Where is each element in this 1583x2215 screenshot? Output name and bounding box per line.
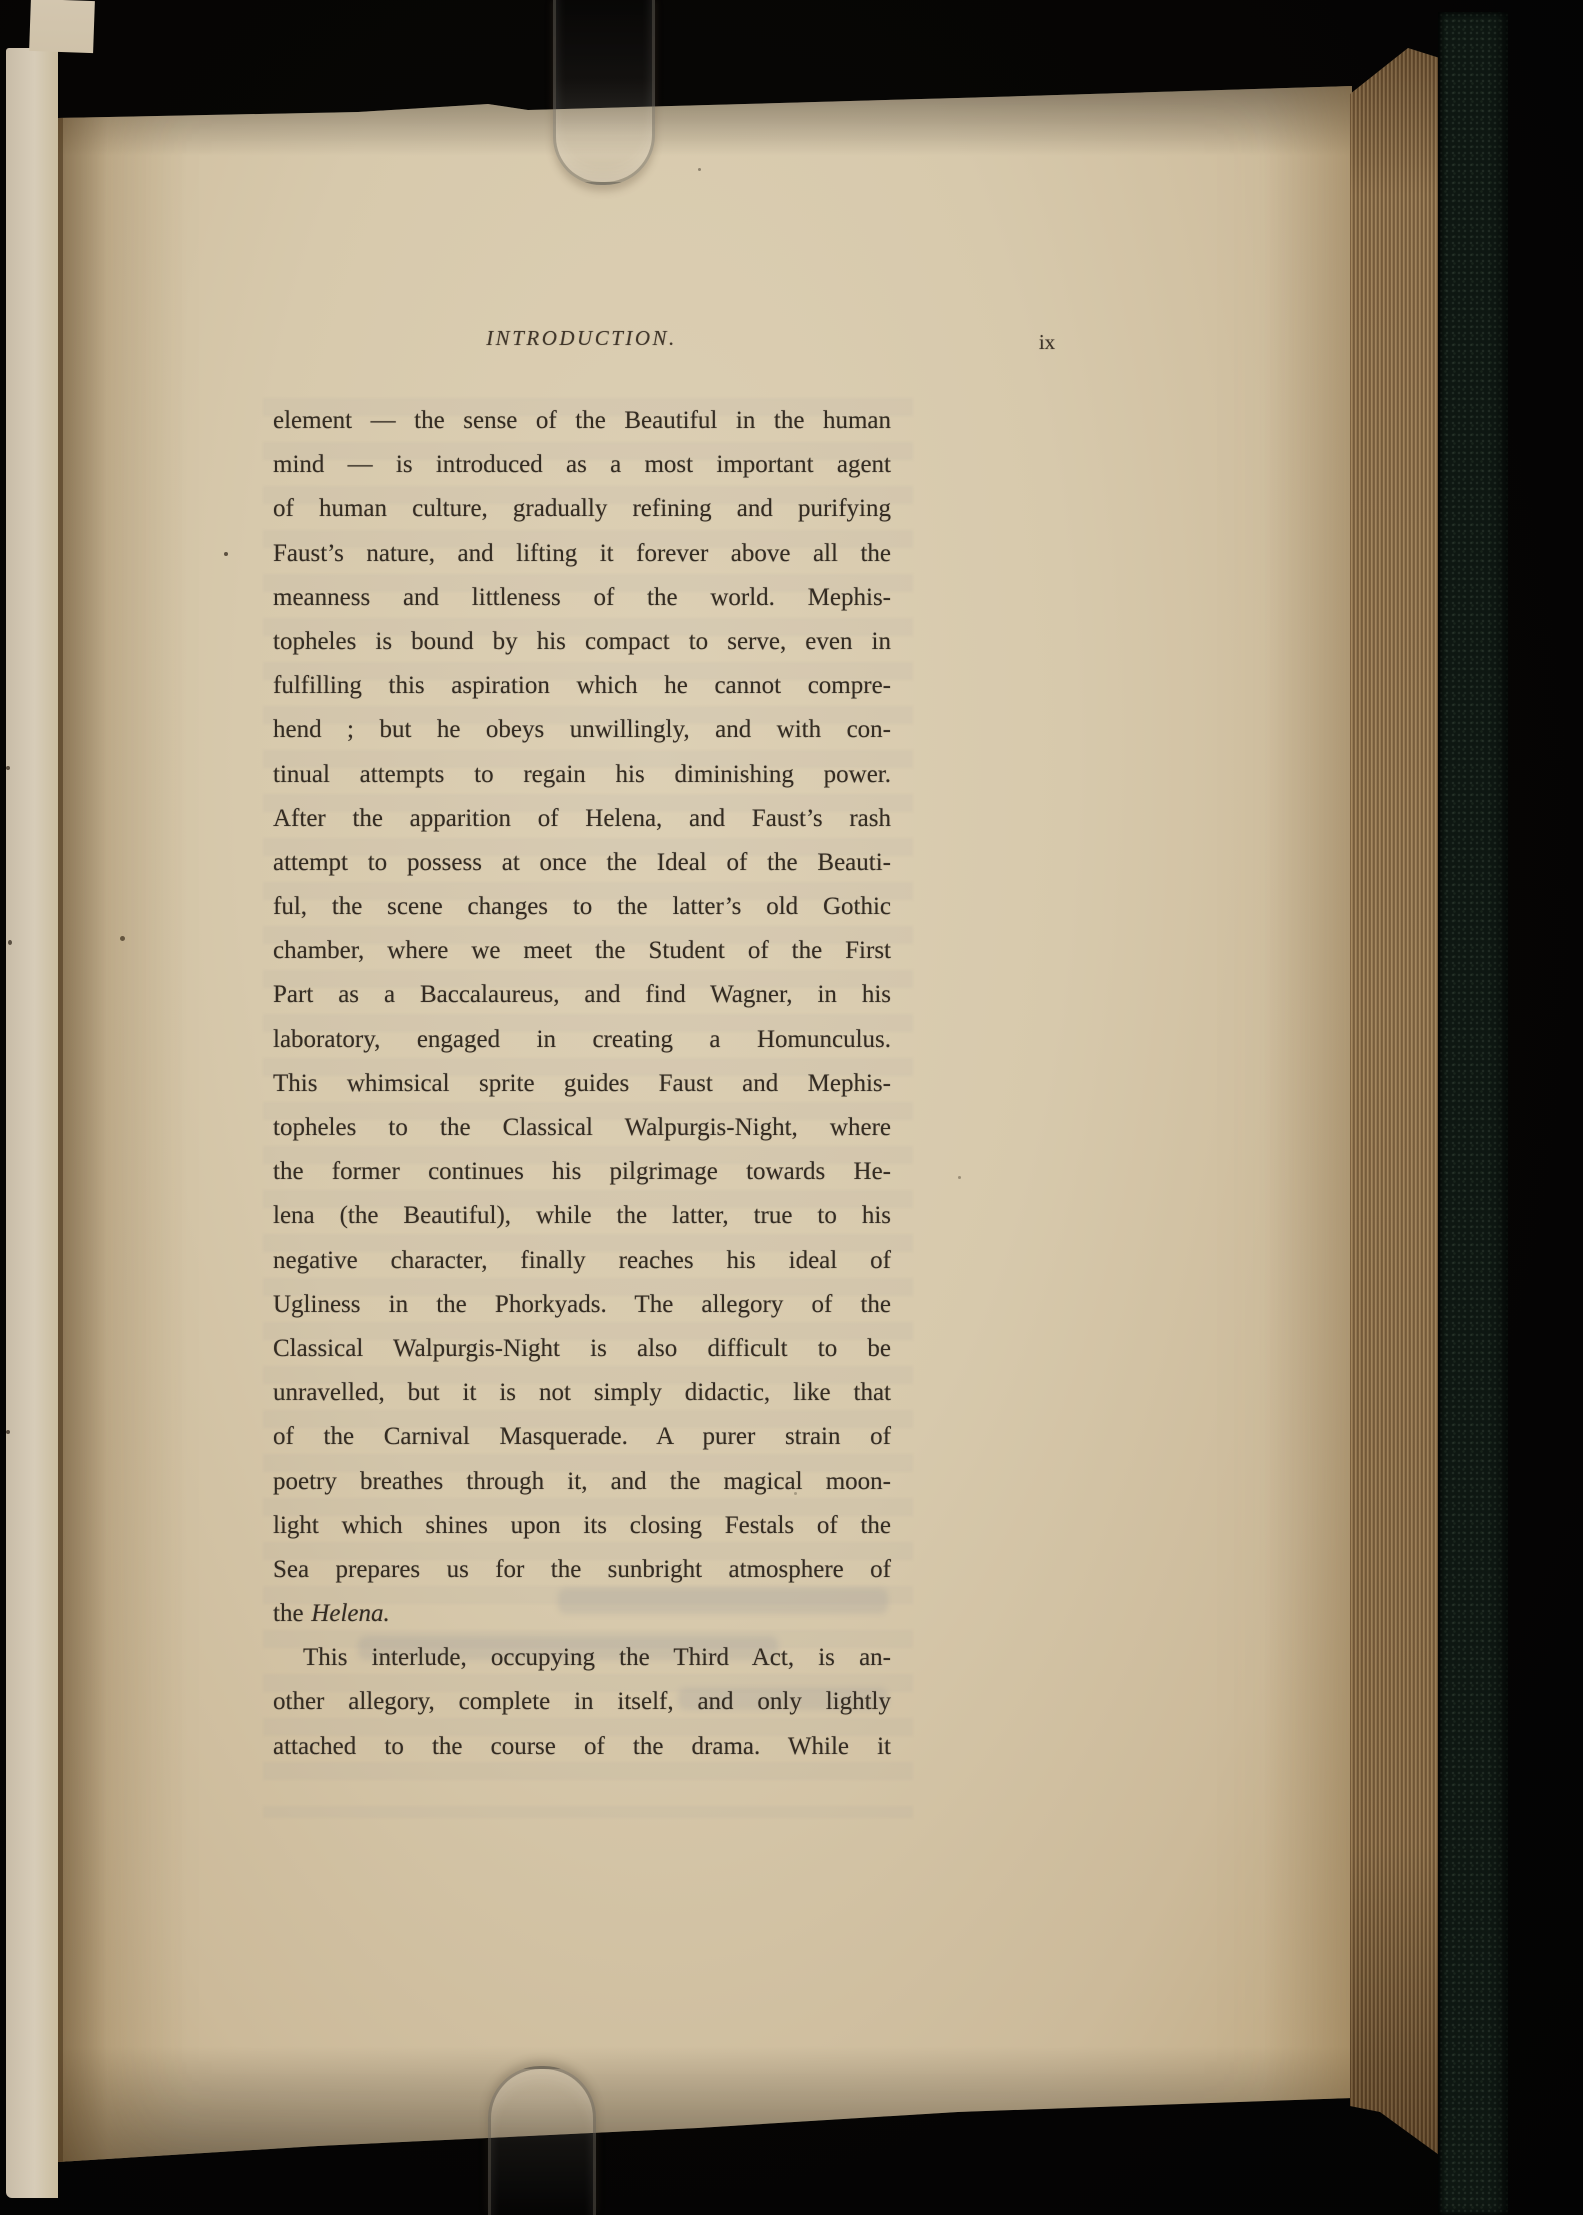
- text-line: the Helena.: [273, 1592, 891, 1636]
- page-shadow-bottom: [58, 2046, 1358, 2166]
- text-line: This whimsical sprite guides Faust and M…: [273, 1062, 891, 1106]
- text-segment: Ugliness in the Phorkyads. The allegory …: [273, 1291, 891, 1318]
- text-segment: the former continues his pilgrimage towa…: [273, 1158, 891, 1185]
- text-segment: After the apparition of Helena, and Faus…: [273, 805, 891, 832]
- text-line: Ugliness in the Phorkyads. The allegory …: [273, 1283, 891, 1327]
- text-segment: tinual attempts to regain his diminishin…: [273, 761, 891, 788]
- text-line: attempt to possess at once the Ideal of …: [273, 841, 891, 885]
- text-line: poetry breathes through it, and the magi…: [273, 1460, 891, 1504]
- text-line: topheles to the Classical Walpurgis-Nigh…: [273, 1106, 891, 1150]
- text-segment: Classical Walpurgis-Night is also diffic…: [273, 1335, 891, 1362]
- text-line: tinual attempts to regain his diminishin…: [273, 753, 891, 797]
- text-line: hend ; but he obeys unwillingly, and wit…: [273, 708, 891, 752]
- text-segment: attempt to possess at once the Ideal of …: [273, 849, 891, 876]
- text-line: After the apparition of Helena, and Faus…: [273, 797, 891, 841]
- page-shadow-right: [1263, 0, 1358, 2215]
- text-line: of human culture, gradually refining and…: [273, 487, 891, 531]
- text-segment: This whimsical sprite guides Faust and M…: [273, 1070, 891, 1097]
- ink-speck: [8, 940, 12, 945]
- text-segment: laboratory, engaged in creating a Homunc…: [273, 1026, 891, 1053]
- text-segment: of the Carnival Masquerade. A purer stra…: [273, 1423, 891, 1450]
- text-segment: hend ; but he obeys unwillingly, and wit…: [273, 716, 891, 743]
- text-segment: negative character, finally reaches his …: [273, 1247, 891, 1274]
- page-number: ix: [1007, 330, 1087, 355]
- text-line: chamber, where we meet the Student of th…: [273, 929, 891, 973]
- text-line: ful, the scene changes to the latter’s o…: [273, 885, 891, 929]
- text-line: topheles is bound by his compact to serv…: [273, 620, 891, 664]
- text-segment: chamber, where we meet the Student of th…: [273, 937, 891, 964]
- text-line: the former continues his pilgrimage towa…: [273, 1150, 891, 1194]
- text-segment: topheles to the Classical Walpurgis-Nigh…: [273, 1114, 891, 1141]
- scan-backdrop: INTRODUCTION. ix element — the sense of …: [0, 0, 1583, 2215]
- text-line: of the Carnival Masquerade. A purer stra…: [273, 1415, 891, 1459]
- text-segment: the: [273, 1600, 311, 1627]
- text-segment: This interlude, occupying the Third Act,…: [303, 1644, 891, 1671]
- text-line: lena (the Beautiful), while the latter, …: [273, 1194, 891, 1238]
- text-line: Part as a Baccalaureus, and find Wagner,…: [273, 973, 891, 1017]
- text-segment: lena (the Beautiful), while the latter, …: [273, 1202, 891, 1229]
- page-header-title: INTRODUCTION.: [273, 326, 890, 351]
- text-line: This interlude, occupying the Third Act,…: [273, 1636, 891, 1680]
- book-fore-edge: [1350, 48, 1446, 2160]
- text-line: mind — is introduced as a most important…: [273, 443, 891, 487]
- text-segment: fulfilling this aspiration which he cann…: [273, 672, 891, 699]
- text-line: element — the sense of the Beautiful in …: [273, 399, 891, 443]
- text-segment: other allegory, complete in itself, and …: [273, 1688, 891, 1715]
- book-cover-edge: [1438, 12, 1508, 2215]
- ink-speck: [794, 1492, 797, 1495]
- gutter-shadow: [58, 0, 188, 2215]
- text-line: other allegory, complete in itself, and …: [273, 1680, 891, 1724]
- gutter-line: [58, 0, 63, 2215]
- text-line: laboratory, engaged in creating a Homunc…: [273, 1018, 891, 1062]
- ink-speck: [6, 766, 10, 770]
- italic-text: Helena.: [311, 1600, 389, 1627]
- text-segment: ful, the scene changes to the latter’s o…: [273, 893, 891, 920]
- ink-speck: [698, 168, 701, 171]
- text-segment: unravelled, but it is not simply didacti…: [273, 1379, 891, 1406]
- ink-speck: [224, 552, 228, 556]
- text-segment: of human culture, gradually refining and…: [273, 495, 891, 522]
- text-segment: poetry breathes through it, and the magi…: [273, 1468, 891, 1495]
- text-segment: element — the sense of the Beautiful in …: [273, 407, 891, 434]
- ink-speck: [6, 1430, 10, 1434]
- page-corner: [29, 0, 95, 53]
- text-line: negative character, finally reaches his …: [273, 1239, 891, 1283]
- text-segment: attached to the course of the drama. Whi…: [273, 1733, 891, 1760]
- book-page: INTRODUCTION. ix element — the sense of …: [58, 0, 1358, 2215]
- text-line: Classical Walpurgis-Night is also diffic…: [273, 1327, 891, 1371]
- body-text: element — the sense of the Beautiful in …: [273, 399, 891, 1769]
- text-line: Sea prepares us for the sunbright atmosp…: [273, 1548, 891, 1592]
- facing-page-edge: [6, 48, 58, 2198]
- text-segment: topheles is bound by his compact to serv…: [273, 628, 891, 655]
- text-segment: Part as a Baccalaureus, and find Wagner,…: [273, 981, 891, 1008]
- text-segment: Sea prepares us for the sunbright atmosp…: [273, 1556, 891, 1583]
- text-line: unravelled, but it is not simply didacti…: [273, 1371, 891, 1415]
- text-segment: Faust’s nature, and lifting it forever a…: [273, 540, 891, 567]
- ink-speck: [958, 1176, 961, 1179]
- text-line: meanness and littleness of the world. Me…: [273, 576, 891, 620]
- ink-speck: [120, 936, 125, 941]
- text-line: Faust’s nature, and lifting it forever a…: [273, 532, 891, 576]
- text-segment: mind — is introduced as a most important…: [273, 451, 891, 478]
- text-line: light which shines upon its closing Fest…: [273, 1504, 891, 1548]
- page-shadow-top: [58, 84, 1358, 156]
- text-line: fulfilling this aspiration which he cann…: [273, 664, 891, 708]
- text-line: attached to the course of the drama. Whi…: [273, 1725, 891, 1769]
- text-segment: meanness and littleness of the world. Me…: [273, 584, 891, 611]
- text-segment: light which shines upon its closing Fest…: [273, 1512, 891, 1539]
